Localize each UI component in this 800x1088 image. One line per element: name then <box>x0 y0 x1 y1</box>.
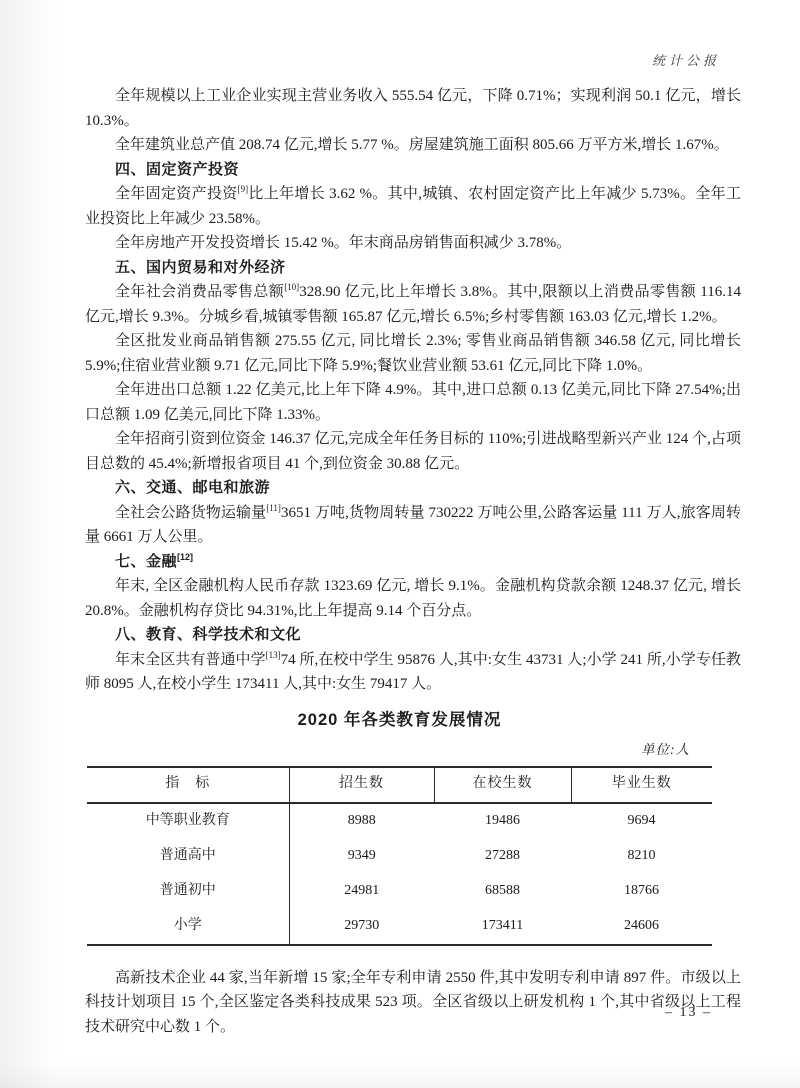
paragraph: 全年建筑业总产值 208.74 亿元,增长 5.77 %。房屋建筑施工面积 80… <box>85 133 741 158</box>
row-indicator-cell: 中等职业教育 <box>87 803 289 839</box>
section-heading: 七、金融[12] <box>85 550 741 575</box>
row-value-cell: 9694 <box>571 803 712 839</box>
row-value-cell: 8988 <box>289 803 434 839</box>
row-value-cell: 24981 <box>289 874 434 909</box>
row-value-cell: 8210 <box>571 839 712 874</box>
document-page: 统计公报 全年规模以上工业企业实现主营业务收入 555.54 亿元，下降 0.7… <box>0 0 800 1088</box>
paragraph: 全社会公路货物运输量[11]3651 万吨,货物周转量 730222 万吨公里,… <box>85 501 741 550</box>
section-heading: 四、固定资产投资 <box>85 158 741 183</box>
paragraph: 全年房地产开发投资增长 15.42 %。年末商品房销售面积减少 3.78%。 <box>85 231 741 256</box>
body-text-column: 全年规模以上工业企业实现主营业务收入 555.54 亿元，下降 0.71%；实现… <box>85 84 741 1039</box>
education-table-section: 2020 年各类教育发展情况 单位:人 指 标招生数在校生数毕业生数 中等职业教… <box>85 708 741 946</box>
row-indicator-cell: 普通高中 <box>87 839 289 874</box>
table-row: 小学2973017341124606 <box>87 909 712 945</box>
paragraph: 全区批发业商品销售额 275.55 亿元, 同比增长 2.3%; 零售业商品销售… <box>85 329 741 378</box>
footnote-ref: [11] <box>266 503 281 513</box>
paragraph: 年末全区共有普通中学[13]74 所,在校中学生 95876 人,其中:女生 4… <box>85 648 741 697</box>
row-value-cell: 19486 <box>434 803 571 839</box>
scan-shadow-bottom <box>0 1062 800 1088</box>
footnote-ref: [13] <box>266 650 281 660</box>
row-indicator-cell: 小学 <box>87 909 289 945</box>
row-value-cell: 27288 <box>434 839 571 874</box>
row-value-cell: 68588 <box>434 874 571 909</box>
row-value-cell: 29730 <box>289 909 434 945</box>
paragraph: 全年招商引资到位资金 146.37 亿元,完成全年任务目标的 110%;引进战略… <box>85 427 741 476</box>
table-header-row: 指 标招生数在校生数毕业生数 <box>87 767 712 803</box>
row-value-cell: 18766 <box>571 874 712 909</box>
table-row: 普通初中249816858818766 <box>87 874 712 909</box>
paragraph: 全年社会消费品零售总额[10]328.90 亿元,比上年增长 3.8%。其中,限… <box>85 280 741 329</box>
footnote-ref: [9] <box>238 184 249 194</box>
page-number: – 13 – <box>665 1005 712 1021</box>
paragraph: 高新技术企业 44 家,当年新增 15 家;全年专利申请 2550 件,其中发明… <box>85 966 741 1040</box>
footnote-ref: [12] <box>177 552 193 562</box>
text-blocks-after-table: 高新技术企业 44 家,当年新增 15 家;全年专利申请 2550 件,其中发明… <box>85 966 741 1040</box>
row-value-cell: 173411 <box>434 909 571 945</box>
table-column-header: 招生数 <box>289 767 434 803</box>
table-title: 2020 年各类教育发展情况 <box>87 708 712 733</box>
paragraph: 全年规模以上工业企业实现主营业务收入 555.54 亿元，下降 0.71%；实现… <box>85 84 741 133</box>
table-column-header: 毕业生数 <box>571 767 712 803</box>
section-heading: 六、交通、邮电和旅游 <box>85 476 741 501</box>
paragraph: 全年固定资产投资[9]比上年增长 3.62 %。其中,城镇、农村固定资产比上年减… <box>85 182 741 231</box>
table-column-header: 在校生数 <box>434 767 571 803</box>
table-row: 普通高中9349272888210 <box>87 839 712 874</box>
section-heading: 五、国内贸易和对外经济 <box>85 256 741 281</box>
row-indicator-cell: 普通初中 <box>87 874 289 909</box>
paragraph: 年末, 全区金融机构人民币存款 1323.69 亿元, 增长 9.1%。金融机构… <box>85 574 741 623</box>
row-value-cell: 9349 <box>289 839 434 874</box>
table-column-header: 指 标 <box>87 767 289 803</box>
table-unit-label: 单位:人 <box>87 738 712 763</box>
text-blocks-before-table: 全年规模以上工业企业实现主营业务收入 555.54 亿元，下降 0.71%；实现… <box>85 84 741 697</box>
section-heading: 八、教育、科学技术和文化 <box>85 623 741 648</box>
row-value-cell: 24606 <box>571 909 712 945</box>
footnote-ref: [10] <box>284 282 299 292</box>
running-header: 统计公报 <box>652 50 720 69</box>
table-row: 中等职业教育8988194869694 <box>87 803 712 839</box>
scan-shadow-left <box>0 0 58 1088</box>
paragraph: 全年进出口总额 1.22 亿美元,比上年下降 4.9%。其中,进口总额 0.13… <box>85 378 741 427</box>
education-table: 指 标招生数在校生数毕业生数 中等职业教育8988194869694普通高中93… <box>87 766 712 946</box>
